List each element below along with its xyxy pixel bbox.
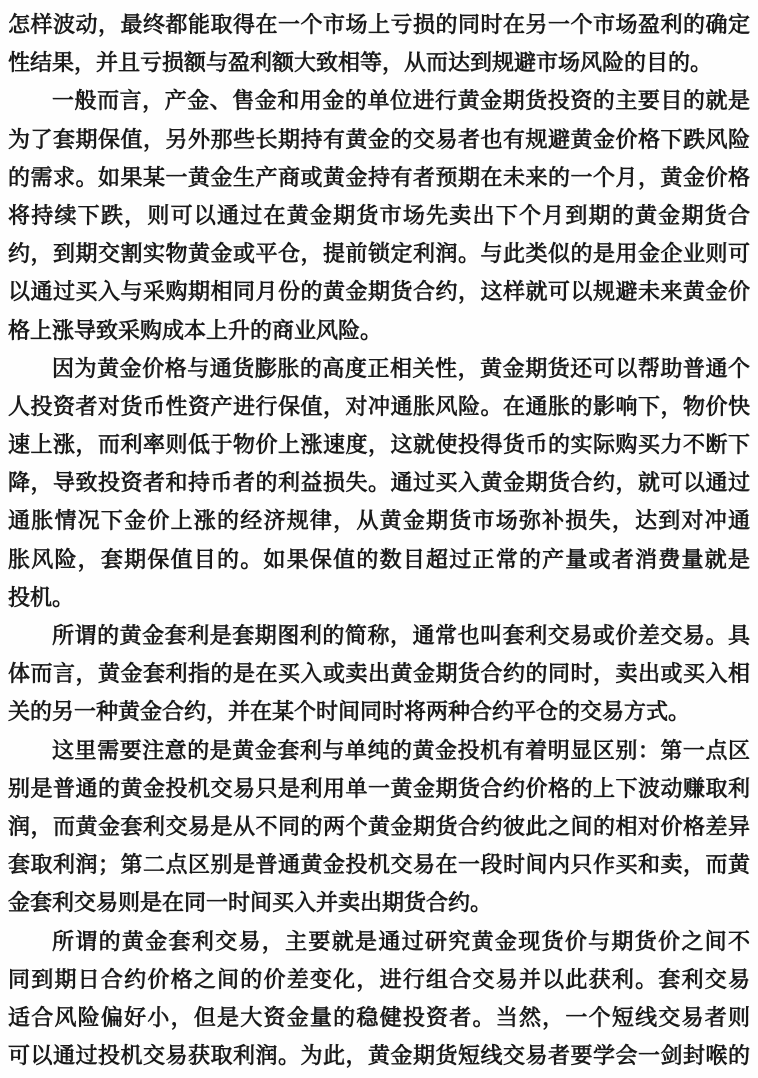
text-line: 性结果，并且亏损额与盈利额大致相等，从而达到规避市场风险的目的。 [8,44,750,82]
paragraph: 一般而言，产金、售金和用金的单位进行黄金期货投资的主要目的就是为了套期保值，另外… [8,82,750,349]
text-line: 将持续下跌，则可以通过在黄金期货市场先卖出下个月到期的黄金期货合 [8,197,750,235]
paragraph: 所谓的黄金套利交易，主要就是通过研究黄金现货价与期货价之间不同到期日合约价格之间… [8,923,750,1076]
text-line: 体而言，黄金套利指的是在买入或卖出黄金期货合约的同时，卖出或买入相 [8,655,750,693]
text-line: 一般而言，产金、售金和用金的单位进行黄金期货投资的主要目的就是 [8,82,750,120]
text-line: 以通过买入与采购期相同月份的黄金期货合约，这样就可以规避未来黄金价 [8,273,750,311]
text-line: 同到期日合约价格之间的价差变化，进行组合交易并以此获利。套利交易 [8,961,750,999]
paragraph: 所谓的黄金套利是套期图利的简称，通常也叫套利交易或价差交易。具体而言，黄金套利指… [8,617,750,732]
text-line: 所谓的黄金套利是套期图利的简称，通常也叫套利交易或价差交易。具 [8,617,750,655]
text-line: 为了套期保值，另外那些长期持有黄金的交易者也有规避黄金价格下跌风险 [8,121,750,159]
text-line: 适合风险偏好小，但是大资金量的稳健投资者。当然，一个短线交易者则 [8,999,750,1037]
text-line: 别是普通的黄金投机交易只是利用单一黄金期货合约价格的上下波动赚取利 [8,770,750,808]
text-line: 这里需要注意的是黄金套利与单纯的黄金投机有着明显区别：第一点区 [8,732,750,770]
scanned-page: 怎样波动，最终都能取得在一个市场上亏损的同时在另一个市场盈利的确定性结果，并且亏… [0,0,758,1078]
text-line: 套取利润；第二点区别是普通黄金投机交易在一段时间内只作买和卖，而黄 [8,846,750,884]
text-line: 金套利交易则是在同一时间买入并卖出期货合约。 [8,884,750,922]
paragraph: 因为黄金价格与通货膨胀的高度正相关性，黄金期货还可以帮助普通个人投资者对货币性资… [8,350,750,617]
text-line: 因为黄金价格与通货膨胀的高度正相关性，黄金期货还可以帮助普通个 [8,350,750,388]
text-line: 格上涨导致采购成本上升的商业风险。 [8,312,750,350]
text-line: 胀风险，套期保值目的。如果保值的数目超过正常的产量或者消费量就是 [8,541,750,579]
text-line: 降，导致投资者和持币者的利益损失。通过买入黄金期货合约，就可以通过 [8,464,750,502]
text-line: 约，到期交割实物黄金或平仓，提前锁定利润。与此类似的是用金企业则可 [8,235,750,273]
paragraph: 这里需要注意的是黄金套利与单纯的黄金投机有着明显区别：第一点区别是普通的黄金投机… [8,732,750,923]
text-line: 速上涨，而利率则低于物价上涨速度，这就使投得货币的实际购买力不断下 [8,426,750,464]
text-line: 关的另一种黄金合约，并在某个时间同时将两种合约平仓的交易方式。 [8,693,750,731]
text-line: 怎样波动，最终都能取得在一个市场上亏损的同时在另一个市场盈利的确定 [8,6,750,44]
paragraph: 怎样波动，最终都能取得在一个市场上亏损的同时在另一个市场盈利的确定性结果，并且亏… [8,6,750,82]
text-column: 怎样波动，最终都能取得在一个市场上亏损的同时在另一个市场盈利的确定性结果，并且亏… [8,6,750,1075]
text-line: 通胀情况下金价上涨的经济规律，从黄金期货市场弥补损失，达到对冲通 [8,502,750,540]
text-line: 的需求。如果某一黄金生产商或黄金持有者预期在未来的一个月，黄金价格 [8,159,750,197]
text-line: 人投资者对货币性资产进行保值，对冲通胀风险。在通胀的影响下，物价快 [8,388,750,426]
text-line: 投机。 [8,579,750,617]
text-line: 可以通过投机交易获取利润。为此，黄金期货短线交易者要学会一剑封喉的 [8,1037,750,1075]
text-line: 润，而黄金套利交易是从不同的两个黄金期货合约彼此之间的相对价格差异 [8,808,750,846]
text-line: 所谓的黄金套利交易，主要就是通过研究黄金现货价与期货价之间不 [8,923,750,961]
